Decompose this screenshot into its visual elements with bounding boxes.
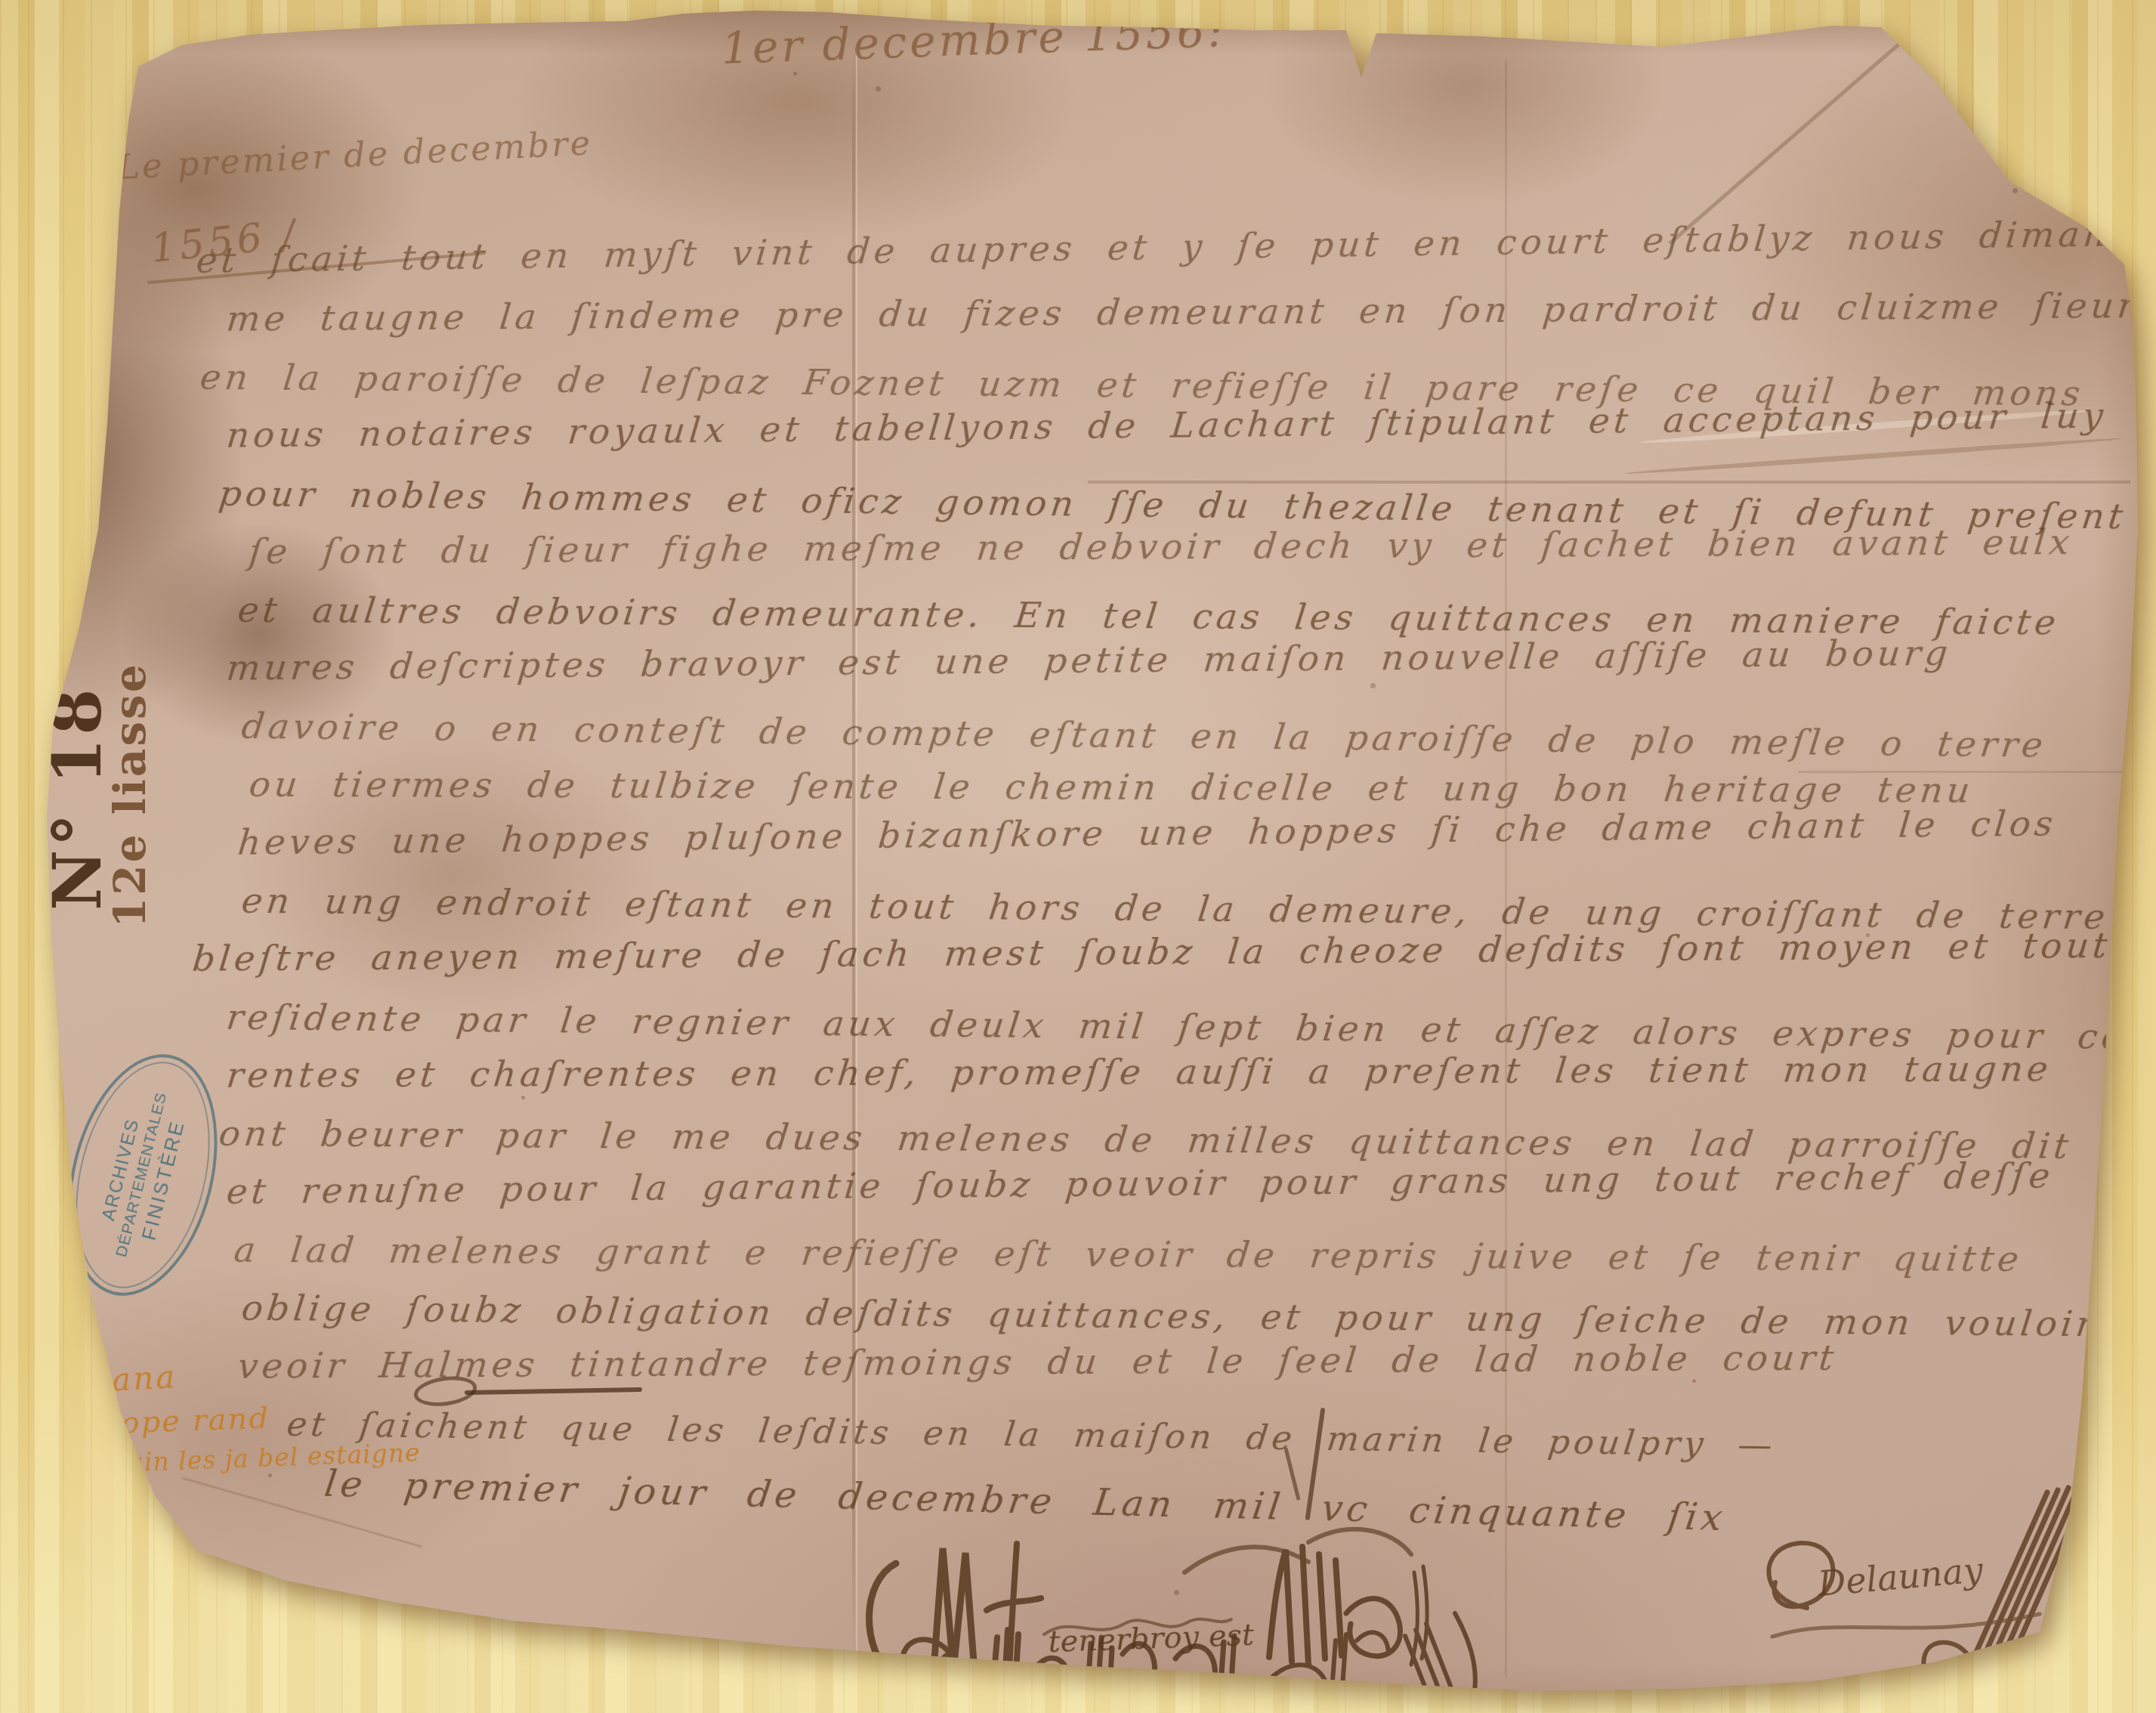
annotation-orange-line1: Lorana [49, 1358, 178, 1402]
archive-liasse-label: 12e liasse [104, 662, 156, 928]
annotation-orange-line2: bourope rand [43, 1401, 270, 1443]
manuscript-line: heves une hoppes pluſone bizanſkore une … [236, 803, 2058, 864]
manuscript-line: me taugne la ſindeme pre du fizes demeur… [224, 285, 2140, 340]
signature-central-word: tenerbroy est [1048, 1618, 1256, 1660]
photo-canvas: 1er decembre 1556: Le premier de decembr… [0, 0, 2156, 1713]
wrinkle-topright [1625, 436, 2123, 476]
manuscript-line: davoire o en conteſt de compte eſtant en… [239, 706, 2049, 766]
manuscript-line: a lad melenes grant e refieſſe eſt veoir… [232, 1229, 2025, 1280]
manuscript-line: et renuſne pour la garantie ſoubz pouvoi… [224, 1155, 2056, 1213]
annotation-orange-cross: + [73, 1487, 106, 1532]
margin-note-date-line1: Le premier de decembre [116, 122, 594, 187]
fold-crease-horizontal [1088, 481, 2130, 484]
manuscript-line: ſe ſont du ſieur fighe meſme ne debvoir … [247, 521, 2075, 573]
parchment-document: 1er decembre 1556: Le premier de decembr… [0, 0, 2156, 1713]
manuscript-line: ou tiermes de tulbize ſente le chemin di… [247, 764, 1975, 812]
manuscript-line: et ſaichent que les leſdits en la maiſon… [285, 1404, 1778, 1464]
ink-bar-stroke [465, 1387, 642, 1395]
manuscript-line: bleſtre aneyen meſure de ſach mest ſoubz… [190, 925, 2112, 980]
manuscript-line: veoir Halmes tintandre teſmoings du et l… [236, 1337, 1839, 1387]
archive-stamp: ARCHIVES DÉPARTEMENTALES FINISTÈRE [45, 1038, 240, 1311]
ink-specks [0, 0, 4, 4]
parchment-wrapper: 1er decembre 1556: Le premier de decembr… [0, 0, 2156, 1713]
signature-right-name: Delaunay [1815, 1549, 1985, 1604]
manuscript-line: nous notaires royaulx et tabellyons de L… [224, 395, 2108, 456]
manuscript-line: rentes et chaſrentes en chef, promeſſe a… [224, 1049, 2054, 1096]
manuscript-line: mures deſcriptes bravoyr est une petite … [224, 632, 1953, 689]
manuscript-line: et ſcait tout en myſt vint de aupres et … [194, 212, 2156, 282]
signature-flourish-central: tenerbroy est [846, 1500, 1511, 1713]
manuscript-line: oblige ſoubz obligation deſdits quittanc… [239, 1288, 2099, 1345]
signature-delaunay: Delaunay [1722, 1473, 2156, 1713]
fold-crease-topright [1668, 34, 1910, 245]
archival-date-header: 1er decembre 1556: [721, 5, 1226, 74]
